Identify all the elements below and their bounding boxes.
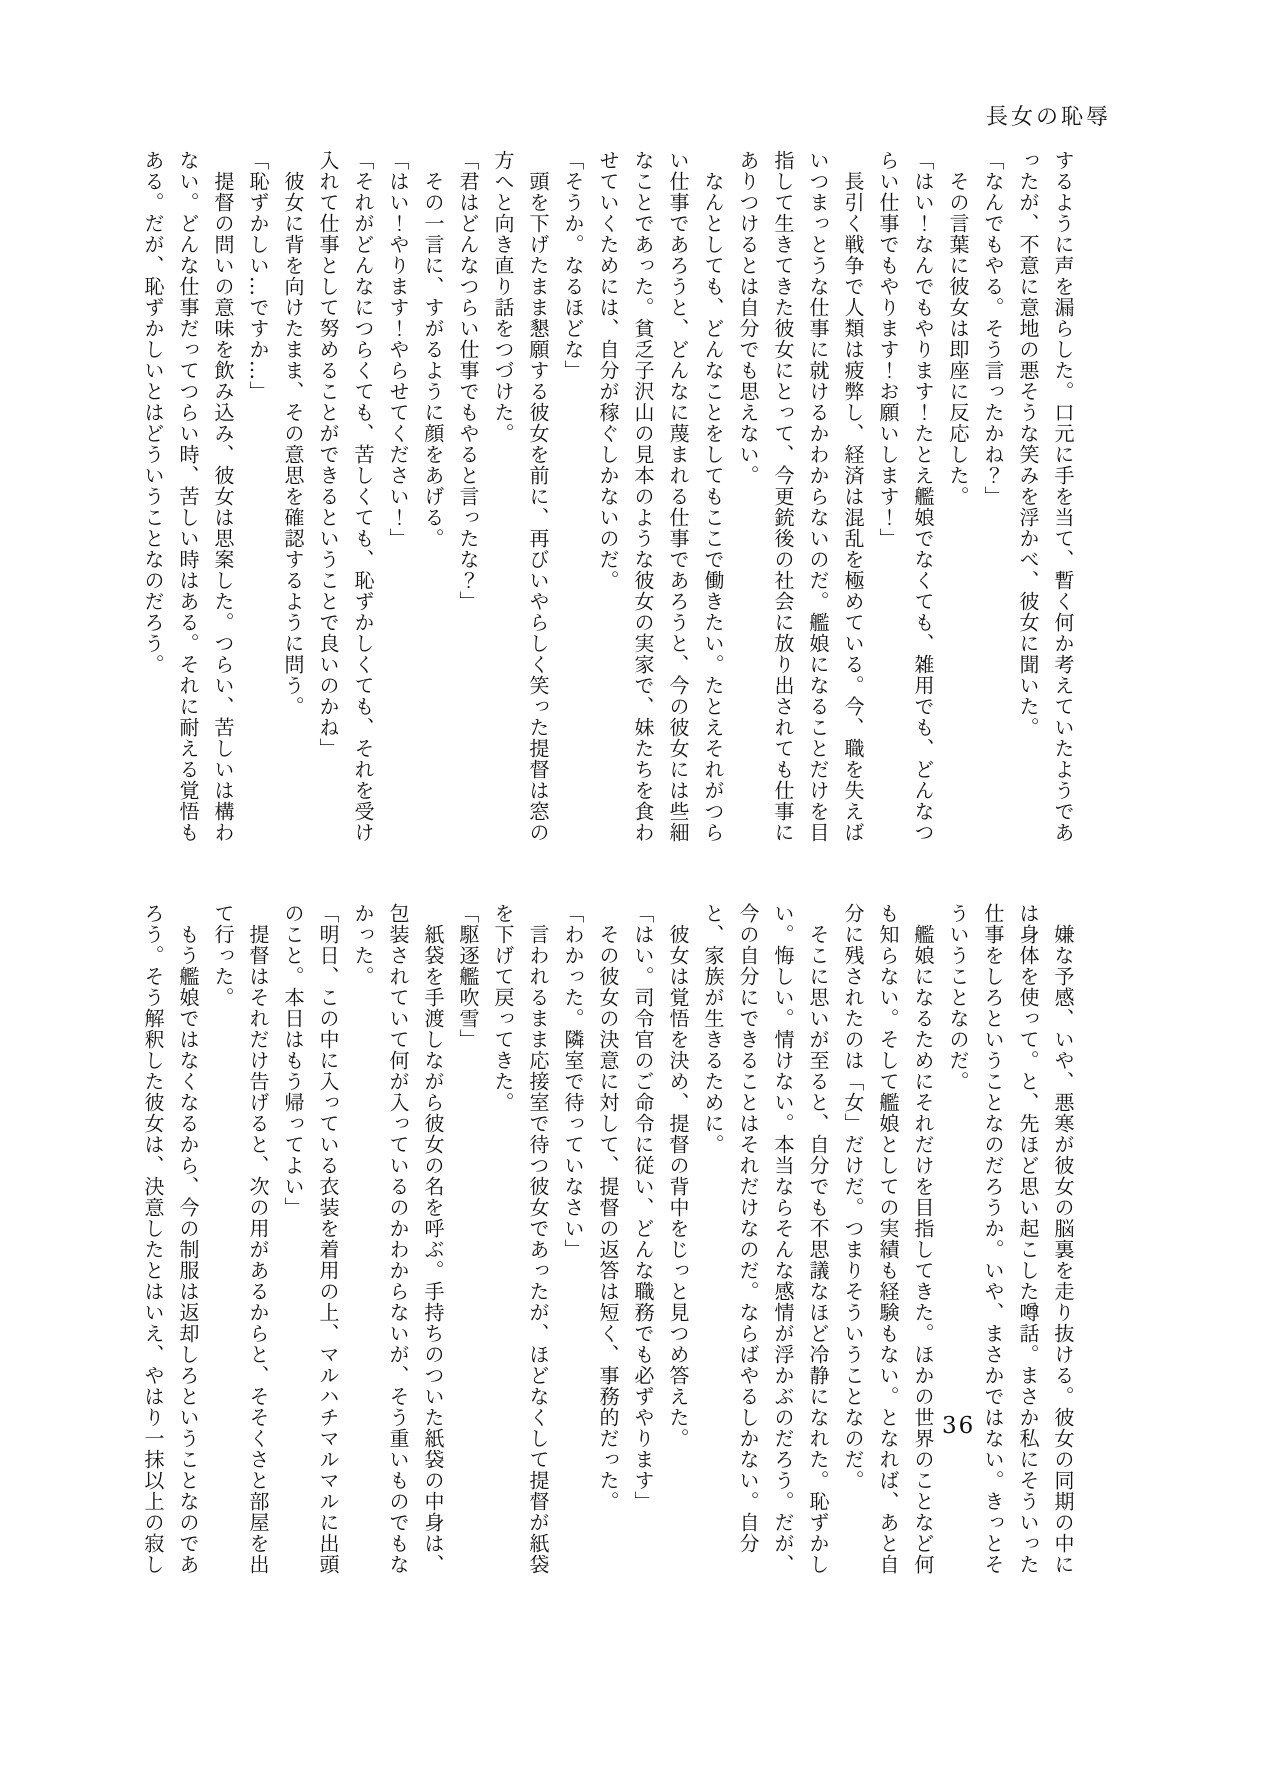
paragraph: 「はい！やります！やらせてください！」 <box>380 150 415 847</box>
paragraph: 彼女は覚悟を決め、提督の背中をじっと見つめ答えた。 <box>660 903 695 1579</box>
paragraph: 嫌な予感、いや、悪寒が彼女の脳裏を走り抜ける。彼女の同期の中には身体を使って。と… <box>940 903 1080 1579</box>
paragraph: その一言に、すがるように顔をあげる。 <box>415 150 450 847</box>
paragraph: 「なんでもやる。そう言ったかね？」 <box>975 150 1010 847</box>
paragraph: その彼女の決意に対して、提督の返答は短く、事務的だった。 <box>590 903 625 1579</box>
paragraph: 紙袋を手渡しながら彼女の名を呼ぶ。手持ちのついた紙袋の中身は、包装されていて何が… <box>345 903 450 1579</box>
paragraph: 提督の問いの意味を飲み込み、彼女は思案した。つらい、苦しいは構わない。どんな仕事… <box>135 150 240 847</box>
paragraph: 「明日、この中に入っている衣装を着用の上、マルハチマルマルに出頭のこと。本日はも… <box>275 903 345 1579</box>
paragraph: 「それがどんなにつらくても、苦しくても、恥ずかしくても、それを受け入れて仕事とし… <box>310 150 380 847</box>
text-block-top: するように声を漏らした。口元に手を当て、暫く何か考えていたようであったが、不意に… <box>133 150 1080 847</box>
paragraph: 提督はそれだけ告げると、次の用があるからと、そそくさと部屋を出て行った。 <box>205 903 275 1579</box>
paragraph: 「君はどんなつらい仕事でもやると言ったな？」 <box>450 150 485 847</box>
page-number: 36 <box>942 1413 975 1439</box>
paragraph: そこに思いが至ると、自分でも不思議なほど冷静になれた。恥ずかしい。悔しい。情けな… <box>695 903 835 1579</box>
paragraph: 「はい！なんでもやります！たとえ艦娘でなくても、雑用でも、どんなつらい仕事でもや… <box>870 150 940 847</box>
paragraph: 艦娘になるためにそれだけを目指してきた。ほかの世界のことなど何も知らない。そして… <box>835 903 940 1579</box>
paragraph: 長引く戦争で人類は疲弊し、経済は混乱を極めている。今、職を失えばいつまっとうな仕… <box>730 150 870 847</box>
page-title: 長女の恥辱 <box>986 100 1111 131</box>
text-block-bottom: 嫌な予感、いや、悪寒が彼女の脳裏を走り抜ける。彼女の同期の中には身体を使って。と… <box>133 903 1080 1579</box>
paragraph: 彼女に背を向けたまま、その意思を確認するように問う。 <box>275 150 310 847</box>
paragraph: 「駆逐艦吹雪」 <box>450 903 485 1579</box>
paragraph: するように声を漏らした。口元に手を当て、暫く何か考えていたようであったが、不意に… <box>1010 150 1080 847</box>
paragraph: もう艦娘ではなくなるから、今の制服は返却しろということなのであろう。そう解釈した… <box>135 903 205 1579</box>
paragraph: 「恥ずかしい…ですか…」 <box>240 150 275 847</box>
paragraph: 「わかった。隣室で待っていなさい」 <box>555 903 590 1579</box>
manuscript-page: 長女の恥辱 するように声を漏らした。口元に手を当て、暫く何か考えていたようであっ… <box>0 0 1280 1791</box>
paragraph: その言葉に彼女は即座に反応した。 <box>940 150 975 847</box>
paragraph: 頭を下げたまま懇願する彼女を前に、再びいやらしく笑った提督は窓の方へと向き直り話… <box>485 150 555 847</box>
paragraph: 「そうか。なるほどな」 <box>555 150 590 847</box>
paragraph: 言われるまま応接室で待つ彼女であったが、ほどなくして提督が紙袋を下げて戻ってきた… <box>485 903 555 1579</box>
paragraph: 「はい。司令官のご命令に従い、どんな職務でも必ずやります」 <box>625 903 660 1579</box>
paragraph: なんとしても、どんなことをしてもここで働きたい。たとえそれがつらい仕事であろうと… <box>590 150 730 847</box>
